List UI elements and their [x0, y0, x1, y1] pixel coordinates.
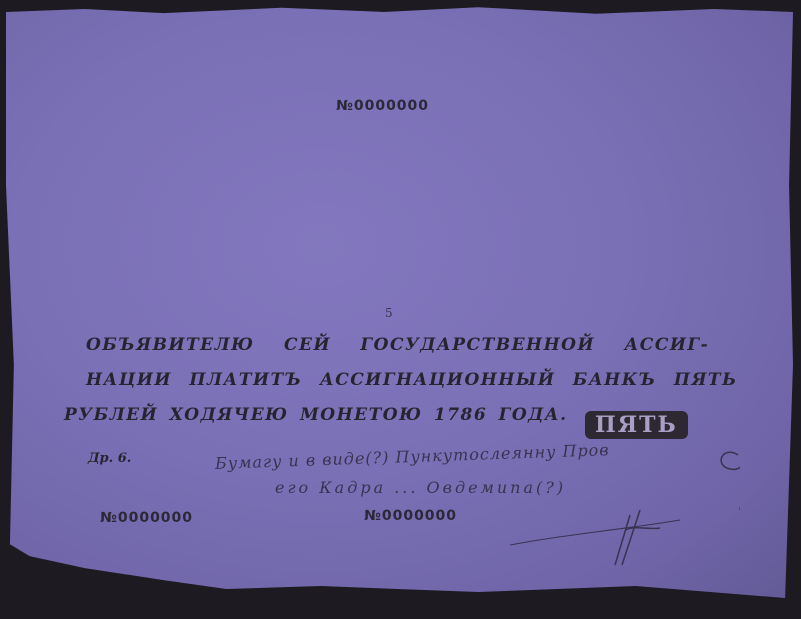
text-line-1: ОБЪЯВИТЕЛЮ СЕЙ ГОСУДАРСТВЕННОЙ АССИГ-: [86, 335, 709, 355]
signature-flourish-icon: [500, 420, 740, 570]
text-line-3: РУБЛЕЙ ХОДЯЧЕЮ МОНЕТОЮ 1786 ГОДА.: [64, 405, 568, 425]
code-label: Др. 6.: [88, 451, 131, 466]
serial-number-bottom-left: №0000000: [100, 510, 193, 526]
text-line-2: НАЦИИ ПЛАТИТЪ АССИГНАЦИОННЫЙ БАНКЪ ПЯТЬ: [86, 370, 738, 390]
serial-number-bottom-center: №0000000: [364, 508, 457, 524]
denomination-mark: 5: [385, 306, 393, 320]
serial-number-top: №0000000: [336, 98, 429, 114]
